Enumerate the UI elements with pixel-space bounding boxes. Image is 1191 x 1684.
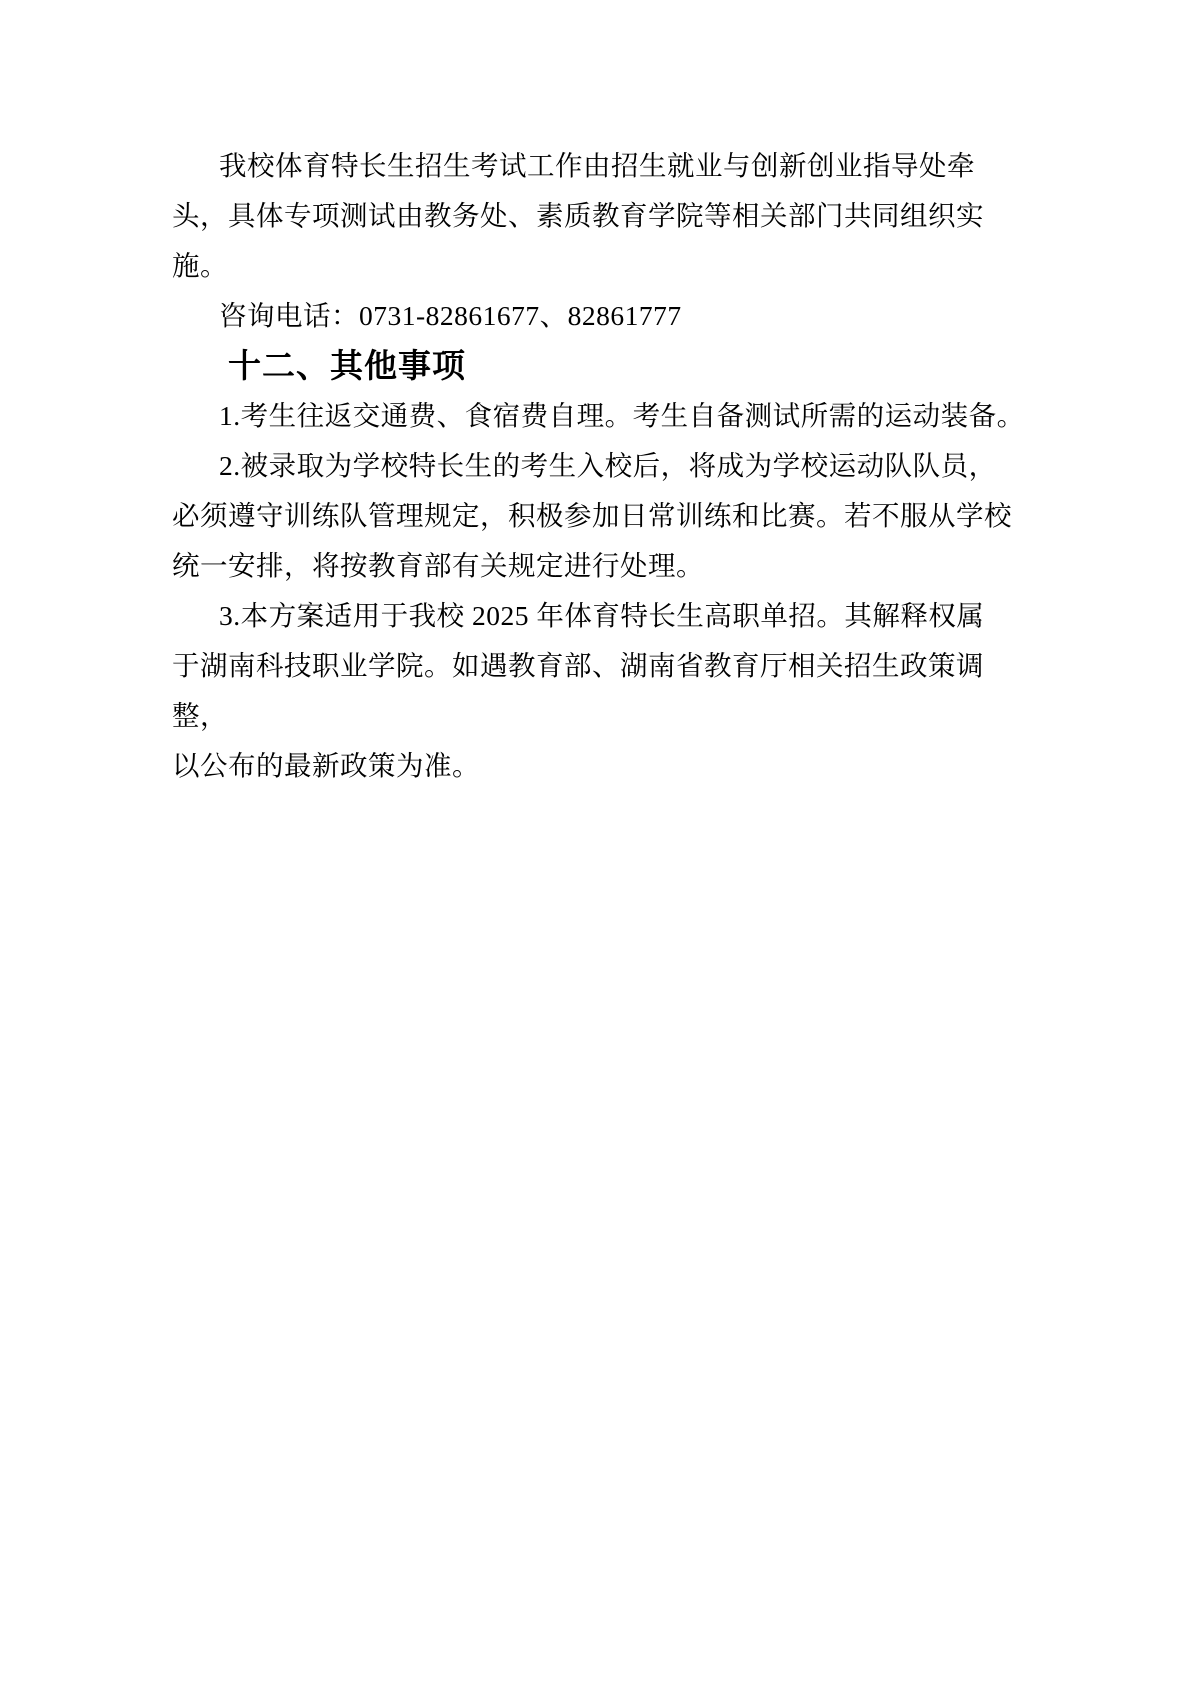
document-page: 我校体育特长生招生考试工作由招生就业与创新创业指导处牵 头，具体专项测试由教务处… — [0, 0, 1191, 1684]
list-item-3-interpretation-rights: 3.本方案适用于我校 2025 年体育特长生高职单招。其解释权属 于湖南科技职业… — [172, 591, 1032, 791]
list-item-2-team-rules: 2.被录取为学校特长生的考生入校后，将成为学校运动队队员， 必须遵守训练队管理规… — [172, 441, 1032, 591]
list-item-1-travel-expenses: 1.考生往返交通费、食宿费自理。考生自备测试所需的运动装备。 — [172, 391, 1032, 441]
paragraph-exam-organization: 我校体育特长生招生考试工作由招生就业与创新创业指导处牵 头，具体专项测试由教务处… — [172, 141, 1032, 291]
paragraph-contact-phone: 咨询电话：0731-82861677、82861777 — [172, 291, 1032, 341]
section-heading-other-matters: 十二、其他事项 — [172, 341, 1032, 391]
